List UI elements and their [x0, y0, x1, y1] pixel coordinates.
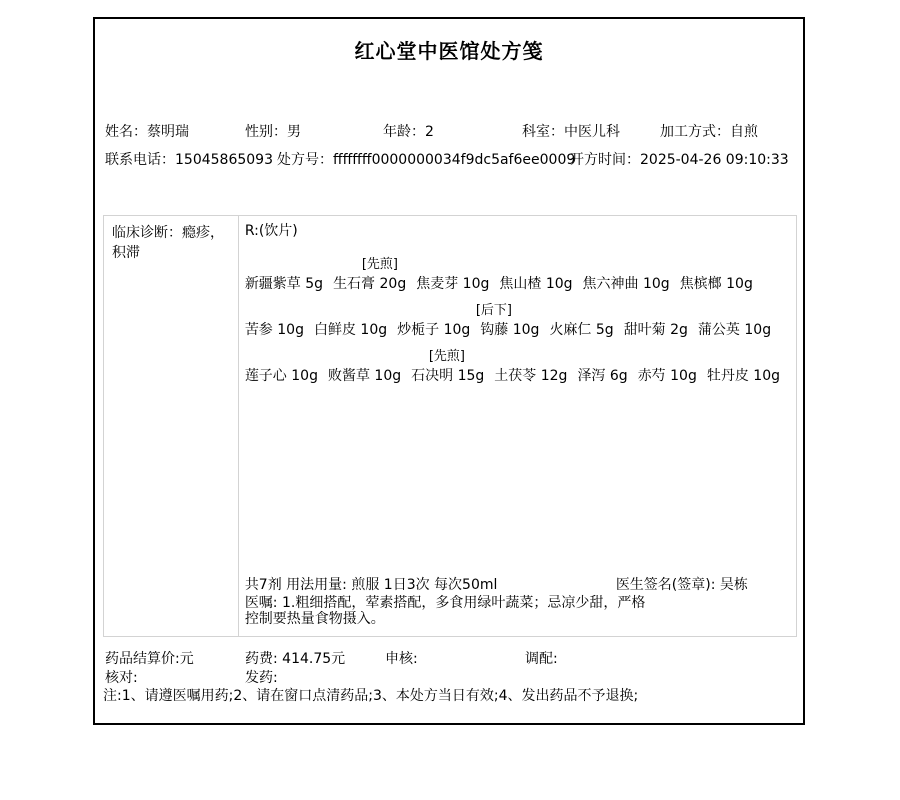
med-item: 牡丹皮 10g — [707, 368, 780, 384]
department-label: 科室 — [522, 124, 550, 140]
med-item: 火麻仁 5g — [549, 322, 613, 338]
med-item: 赤芍 10g — [638, 368, 697, 384]
med-line: 莲子心 10g败酱草 10g石决明 15g土茯苓 12g泽泻 6g赤芍 10g牡… — [245, 366, 790, 386]
separator: ： — [716, 124, 730, 140]
medicine-fee: 药费: 414.75元 — [245, 650, 345, 668]
usage-text: 共7剂 用法用量: 煎服 1日3次 每次50ml — [245, 577, 498, 593]
med-item: 泽泻 6g — [577, 368, 627, 384]
doctor-signature: 医生签名(签章): 吴栋 — [616, 575, 748, 595]
patient-gender-value: 男 — [287, 124, 301, 140]
doctor-advice-line-2: 控制要热量食物摄入。 — [245, 611, 790, 627]
check-field: 核对: — [105, 669, 138, 687]
med-item: 钩藤 10g — [480, 322, 539, 338]
med-item: 石决明 15g — [411, 368, 484, 384]
dispense-field: 发药: — [245, 669, 278, 687]
phone-field: 联系电话：15045865093 — [105, 151, 273, 169]
patient-age-field: 年龄：2 — [383, 123, 434, 141]
prescription-sheet: 红心堂中医馆处方笺 姓名：蔡明瑞 性别：男 年龄：2 科室：中医儿科 加工方式：… — [93, 17, 805, 725]
rx-header: R:(饮片) — [245, 223, 790, 239]
processing-value: 自煎 — [730, 124, 758, 140]
med-group-2: [后下] 苦参 10g白鲜皮 10g炒栀子 10g钩藤 10g火麻仁 5g甜叶菊… — [245, 301, 790, 347]
rx-number-field: 处方号：ffffffff0000000034f9dc5af6ee0009 — [277, 151, 575, 169]
phone-value: 15045865093 — [175, 152, 273, 168]
patient-name-value: 蔡明瑞 — [147, 124, 189, 140]
med-item: 败酱草 10g — [328, 368, 401, 384]
med-item: 焦六神曲 10g — [583, 276, 670, 292]
med-item: 蒲公英 10g — [698, 322, 771, 338]
decoction-tag: [后下] — [245, 301, 790, 320]
separator: ： — [319, 152, 333, 168]
separator: ： — [411, 124, 425, 140]
issue-time-label: 开方时间 — [570, 152, 626, 168]
spacer — [245, 393, 790, 575]
prescription-box: 临床诊断：瘾疹，积滞 R:(饮片) [先煎] 新疆紫草 5g生石膏 20g焦麦芽… — [103, 215, 797, 637]
med-item: 生石膏 20g — [333, 276, 406, 292]
rx-number-label: 处方号 — [277, 152, 319, 168]
decoction-tag: [先煎] — [245, 347, 790, 366]
department-value: 中医儿科 — [564, 124, 620, 140]
med-item: 白鲜皮 10g — [314, 322, 387, 338]
processing-label: 加工方式 — [660, 124, 716, 140]
separator: ： — [168, 225, 182, 241]
med-line: 苦参 10g白鲜皮 10g炒栀子 10g钩藤 10g火麻仁 5g甜叶菊 2g蒲公… — [245, 320, 790, 340]
review-field: 申核: — [385, 650, 418, 668]
separator: ： — [273, 124, 287, 140]
rx-number-value: ffffffff0000000034f9dc5af6ee0009 — [333, 152, 575, 168]
separator: ： — [626, 152, 640, 168]
med-item: 焦山楂 10g — [499, 276, 572, 292]
decoction-tag: [先煎] — [245, 255, 790, 274]
patient-name-field: 姓名：蔡明瑞 — [105, 123, 189, 141]
separator: ： — [161, 152, 175, 168]
usage-row: 共7剂 用法用量: 煎服 1日3次 每次50ml 医生签名(签章): 吴栋 — [245, 575, 790, 595]
med-item: 土茯苓 12g — [494, 368, 567, 384]
med-item: 苦参 10g — [245, 322, 304, 338]
med-item: 焦麦芽 10g — [416, 276, 489, 292]
med-group-1: [先煎] 新疆紫草 5g生石膏 20g焦麦芽 10g焦山楂 10g焦六神曲 10… — [245, 255, 790, 301]
med-item: 新疆紫草 5g — [245, 276, 323, 292]
phone-label: 联系电话 — [105, 152, 161, 168]
page-title: 红心堂中医馆处方笺 — [95, 35, 803, 64]
diagnosis-cell: 临床诊断：瘾疹，积滞 — [104, 216, 239, 636]
issue-time-field: 开方时间：2025-04-26 09:10:33 — [570, 151, 789, 169]
med-item: 炒栀子 10g — [397, 322, 470, 338]
med-item: 莲子心 10g — [245, 368, 318, 384]
prescription-page: 红心堂中医馆处方笺 姓名：蔡明瑞 性别：男 年龄：2 科室：中医儿科 加工方式：… — [0, 0, 900, 800]
prepare-field: 调配: — [525, 650, 558, 668]
processing-field: 加工方式：自煎 — [660, 123, 758, 141]
patient-age-value: 2 — [425, 124, 434, 140]
med-item: 甜叶菊 2g — [624, 322, 688, 338]
doctor-advice-line-1: 医嘱: 1.粗细搭配，荤素搭配，多食用绿叶蔬菜；忌凉少甜，严格 — [245, 595, 790, 611]
patient-age-label: 年龄 — [383, 124, 411, 140]
med-line: 新疆紫草 5g生石膏 20g焦麦芽 10g焦山楂 10g焦六神曲 10g焦槟榔 … — [245, 274, 790, 294]
medication-cell: R:(饮片) [先煎] 新疆紫草 5g生石膏 20g焦麦芽 10g焦山楂 10g… — [239, 216, 796, 636]
issue-time-value: 2025-04-26 09:10:33 — [640, 152, 789, 168]
med-item: 焦槟榔 10g — [680, 276, 753, 292]
diagnosis-label: 临床诊断 — [112, 225, 168, 241]
patient-name-label: 姓名 — [105, 124, 133, 140]
separator: ： — [133, 124, 147, 140]
settlement-price: 药品结算价:元 — [105, 650, 194, 668]
patient-gender-label: 性别 — [245, 124, 273, 140]
department-field: 科室：中医儿科 — [522, 123, 620, 141]
separator: ： — [550, 124, 564, 140]
patient-gender-field: 性别：男 — [245, 123, 301, 141]
notes-line: 注:1、请遵医嘱用药;2、请在窗口点清药品;3、本处方当日有效;4、发出药品不予… — [103, 687, 638, 705]
med-group-3: [先煎] 莲子心 10g败酱草 10g石决明 15g土茯苓 12g泽泻 6g赤芍… — [245, 347, 790, 393]
